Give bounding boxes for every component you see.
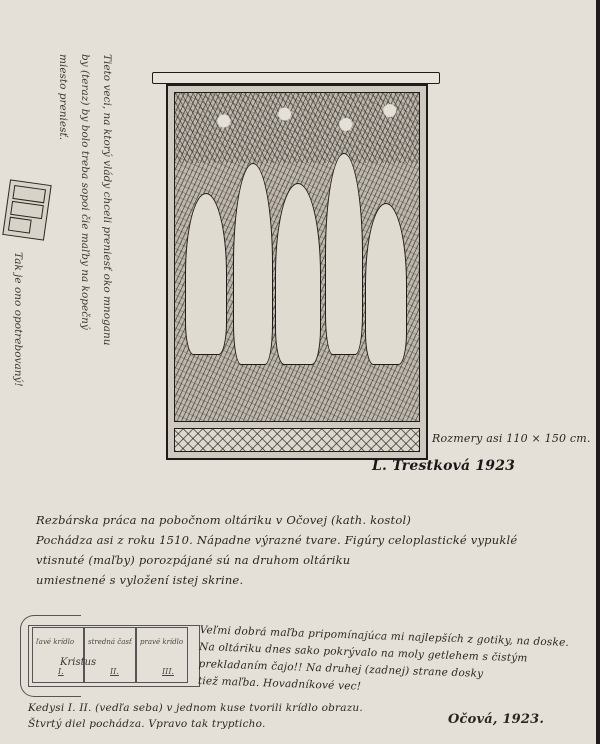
altar-frame — [166, 84, 428, 460]
figure-group — [175, 153, 419, 421]
ornamental-predella — [174, 428, 420, 452]
description-line: umiestnené s vyložení istej skrine. — [36, 570, 517, 590]
description-line: Rezbárska práca na pobočnom oltáriku v O… — [36, 510, 517, 530]
page-right-edge — [596, 0, 600, 744]
panel-2: stredná časť II. — [84, 627, 136, 683]
altar-relief-drawing — [152, 72, 438, 458]
triptych-diagram: ľavé krídlo I. stredná časť II. pravé kr… — [28, 625, 198, 685]
vertical-margin-note: Tieto veci, na ktorý vlády chceli prenie… — [52, 54, 118, 346]
artist-signature: L. Trestková 1923 — [372, 458, 515, 474]
dimensions-note: Rozmery asi 110 × 150 cm. — [432, 432, 591, 445]
vertical-pointer-note: Tak je ono opotrebovaný! — [12, 252, 24, 387]
altar-cornice — [152, 72, 440, 84]
thumbnail-triptych-sketch — [2, 179, 51, 240]
description-paragraph: Rezbárska práca na pobočnom oltáriku v O… — [36, 510, 517, 590]
relief-panel — [174, 92, 420, 422]
vertical-note-line: miesto preniesť. — [52, 54, 74, 346]
side-note-paragraph: Veľmi dobrá maľba pripomínajúca mi najle… — [198, 622, 570, 703]
bottom-note-paragraph: Kedysi I. II. (vedľa seba) v jednom kuse… — [28, 700, 363, 732]
bottom-note-line: Kedysi I. II. (vedľa seba) v jednom kuse… — [28, 700, 363, 716]
panel-3: pravé krídlo III. — [136, 627, 188, 683]
vertical-note-line: by (teraz) by bolo treba sopoi čie maľby… — [74, 54, 96, 346]
description-line: Pochádza asi z roku 1510. Nápadne výrazn… — [36, 530, 517, 550]
description-line: vtisnuté (maľby) porozpájané sú na druho… — [36, 550, 517, 570]
place-date: Očová, 1923. — [448, 712, 544, 727]
vertical-note-line: Tieto veci, na ktorý vlády chceli prenie… — [96, 54, 118, 346]
diagram-center-text: Kristus — [60, 657, 96, 668]
bottom-note-line: Štvrtý diel pochádza. Vpravo tak tryptic… — [28, 716, 363, 732]
panel-1: ľavé krídlo I. — [32, 627, 84, 683]
